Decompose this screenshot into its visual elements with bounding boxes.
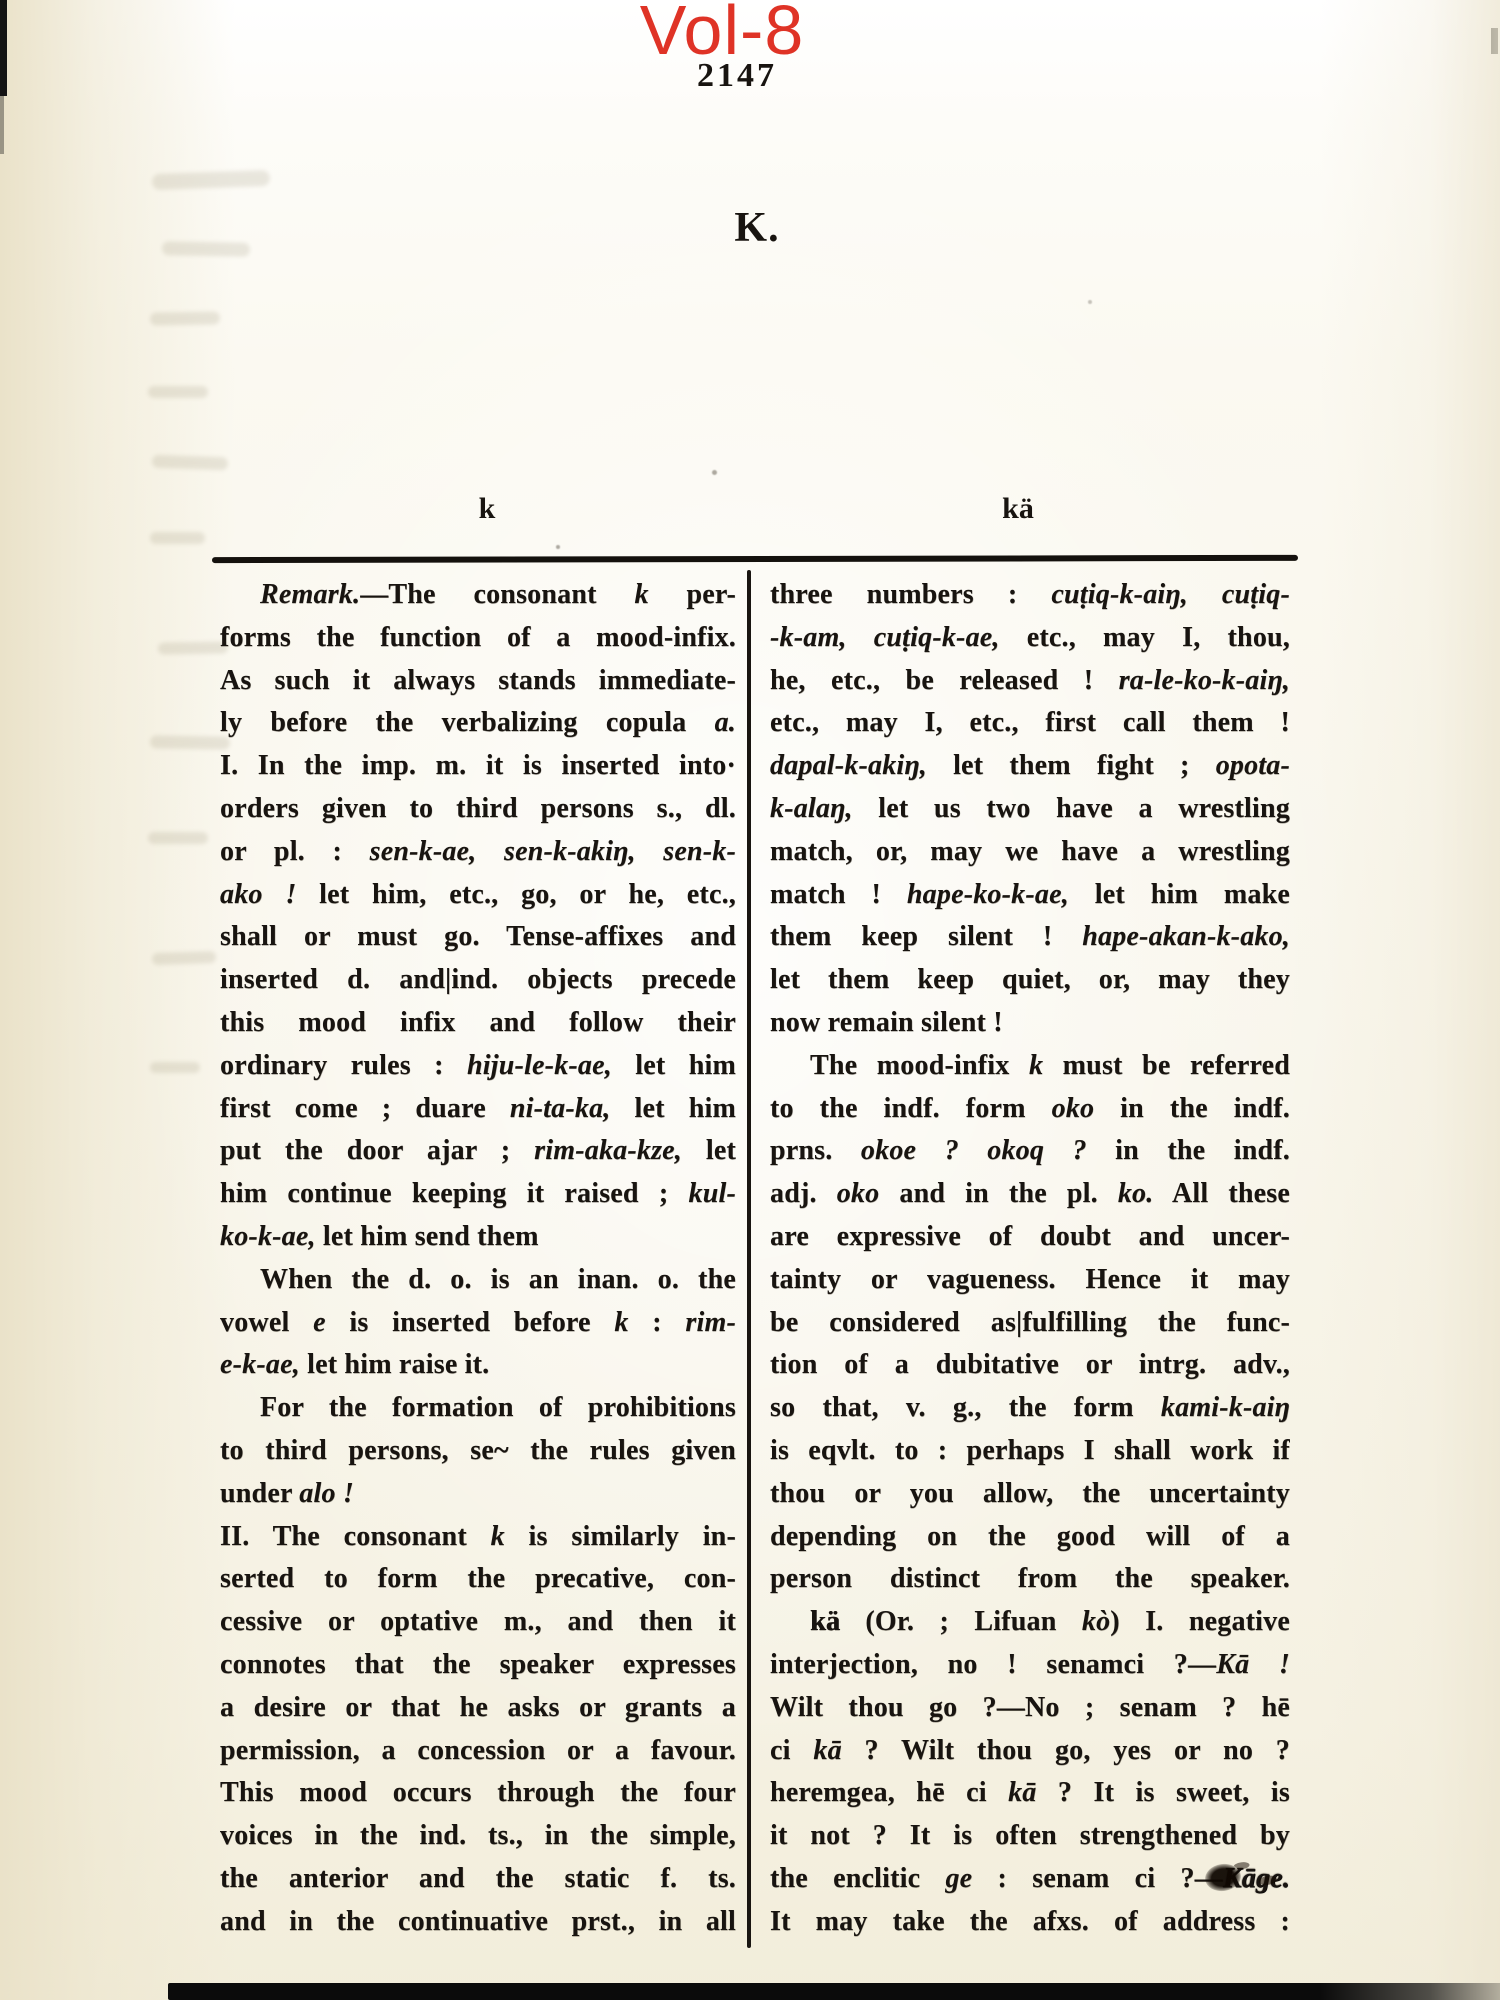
text-line: is eqvlt. to : perhaps I shall work if (770, 1430, 1290, 1473)
text-line: heremgea, hē ci kā ? It is sweet, is (770, 1772, 1290, 1815)
text-segment: When the d. o. is an inan. o. the (260, 1264, 736, 1295)
ink-speck (1088, 300, 1092, 304)
text-segment: ni-ta-ka, (510, 1093, 611, 1124)
text-segment: For the formation of prohibitions (260, 1392, 736, 1423)
text-segment: e-k-ae, (220, 1349, 300, 1380)
text-segment: in the indf. (1087, 1135, 1290, 1166)
text-segment: a. (715, 707, 736, 738)
text-segment: kami-k-aiŋ (1161, 1392, 1290, 1423)
text-segment: etc., may I, thou, (1000, 622, 1290, 653)
text-line: For the formation of prohibitions (220, 1387, 736, 1430)
text-line: interjection, no ! senamci ?—Kā ! (770, 1644, 1290, 1687)
text-line: When the d. o. is an inan. o. the (220, 1259, 736, 1302)
text-segment: them keep silent ! (770, 921, 1082, 952)
text-segment: ? Wilt thou go, yes or no ? (842, 1735, 1290, 1766)
text-line: the enclitic ge : senam ci ?—Kāge. (770, 1858, 1290, 1901)
text-line: them keep silent ! hape-akan-k-ako, (770, 916, 1290, 959)
text-segment: ordinary rules : (220, 1050, 467, 1081)
text-segment: put the door ajar ; (220, 1135, 534, 1166)
text-line: adj. oko and in the pl. ko. All these (770, 1173, 1290, 1216)
text-segment: this mood infix and follow their (220, 1007, 736, 1038)
text-segment: alo ! (299, 1478, 354, 1509)
text-segment: rim-aka-kze, (534, 1135, 682, 1166)
text-line: ci kā ? Wilt thou go, yes or no ? (770, 1730, 1290, 1773)
text-segment: it not ? It is often strengthened by (770, 1820, 1290, 1851)
header-rule (212, 555, 1298, 563)
text-segment: tion of a dubitative or intrg. adv., (770, 1349, 1290, 1380)
text-line: II. The consonant k is similarly in- (220, 1516, 736, 1559)
text-line: kä (Or. ; Lifuan kò) I. negative (770, 1601, 1290, 1644)
left-column-guide-word: k (479, 492, 496, 526)
text-segment: in the indf. (1094, 1093, 1290, 1124)
text-line: vowel e is inserted before k : rim- (220, 1302, 736, 1345)
text-line: are expressive of doubt and uncer- (770, 1216, 1290, 1259)
text-segment: oko (837, 1178, 880, 1209)
text-segment: (Or. ; Lifuan (840, 1606, 1082, 1637)
text-line: and in the continuative prst., in all (220, 1901, 736, 1944)
text-line: etc., may I, etc., first call them ! (770, 702, 1290, 745)
text-line: depending on the good will of a (770, 1516, 1290, 1559)
text-segment: The mood-infix (810, 1050, 1029, 1081)
text-segment: three numbers : (770, 579, 1051, 610)
text-segment: voices in the ind. ts., in the simple, (220, 1820, 736, 1851)
text-segment: let him, etc., go, or he, etc., (296, 879, 736, 910)
text-segment: or pl. : (220, 836, 370, 867)
text-line: match ! hape-ko-k-ae, let him make (770, 874, 1290, 917)
text-segment: are expressive of doubt and uncer- (770, 1221, 1290, 1252)
text-segment: permission, a concession or a favour. (220, 1735, 736, 1766)
page-number: 2147 (697, 57, 777, 95)
text-segment: ly before the verbalizing copula (220, 707, 715, 738)
text-segment: the anterior and the static f. ts. (220, 1863, 736, 1894)
text-segment: ) I. negative (1110, 1606, 1290, 1637)
text-line: ly before the verbalizing copula a. (220, 702, 736, 745)
text-segment: k (614, 1307, 628, 1338)
text-segment: kā (1008, 1777, 1036, 1808)
scanned-page: Vol-8 2147 K. k kä Remark.—The consonant… (0, 0, 1500, 2000)
text-segment: k (1029, 1050, 1043, 1081)
text-segment: let him (611, 1093, 736, 1124)
text-line: him continue keeping it raised ; kul- (220, 1173, 736, 1216)
bleed-through-artifact (150, 311, 220, 325)
bleed-through-artifact (152, 455, 228, 471)
text-segment: cessive or optative m., and then it (220, 1606, 736, 1637)
text-line: forms the function of a mood-infix. (220, 617, 736, 660)
column-divider-rule (747, 570, 751, 1948)
text-segment: oko (1052, 1093, 1095, 1124)
text-segment: Wilt thou go ?—No ; senam ? hē (770, 1692, 1290, 1723)
bleed-through-artifact (150, 532, 205, 544)
text-segment: a desire or that he asks or grants a (220, 1692, 736, 1723)
text-segment: serted to form the precative, con- (220, 1563, 736, 1594)
text-line: to third persons, se~ the rules given (220, 1430, 736, 1473)
text-segment: depending on the good will of a (770, 1521, 1290, 1552)
text-segment: I. In the imp. m. it is inserted into· (220, 750, 736, 781)
text-segment: person distinct from the speaker. (770, 1563, 1290, 1594)
text-segment: Remark. (260, 579, 360, 610)
text-segment: : (629, 1307, 686, 1338)
text-line: the anterior and the static f. ts. (220, 1858, 736, 1901)
text-segment: ko. (1118, 1178, 1154, 1209)
text-line: e-k-ae, let him raise it. (220, 1344, 736, 1387)
text-segment: ? It is sweet, is (1037, 1777, 1290, 1808)
text-line: three numbers : cuṭiq-k-aiŋ, cuṭiq- (770, 574, 1290, 617)
text-segment: prns. (770, 1135, 861, 1166)
text-segment: let us two have a wrestling (853, 793, 1290, 824)
right-column-guide-word: kä (1002, 492, 1034, 526)
text-line: he, etc., be released ! ra-le-ko-k-aiŋ, (770, 660, 1290, 703)
text-segment: k-alaŋ, (770, 793, 853, 824)
text-segment: let them keep quiet, or, may they (770, 964, 1290, 995)
text-segment: II. The consonant (220, 1521, 491, 1552)
text-line: voices in the ind. ts., in the simple, (220, 1815, 736, 1858)
text-segment: cuṭiq-k-aiŋ, cuṭiq- (1051, 579, 1290, 610)
bleed-through-artifact (152, 170, 270, 190)
bleed-through-artifact (148, 832, 208, 844)
text-line: prns. okoe ? okoq ? in the indf. (770, 1130, 1290, 1173)
text-line: shall or must go. Tense-affixes and (220, 916, 736, 959)
text-segment: let him make (1069, 879, 1290, 910)
right-column: three numbers : cuṭiq-k-aiŋ, cuṭiq--k-am… (770, 574, 1290, 1944)
text-segment: hape-ko-k-ae, (907, 879, 1069, 910)
text-segment: okoe ? okoq ? (861, 1135, 1087, 1166)
text-line: Remark.—The consonant k per- (220, 574, 736, 617)
text-segment: under (220, 1478, 299, 1509)
text-segment: Kā ! (1216, 1649, 1290, 1680)
scan-edge-right (1491, 28, 1498, 54)
text-line: it not ? It is often strengthened by (770, 1815, 1290, 1858)
text-line: I. In the imp. m. it is inserted into· (220, 745, 736, 788)
bleed-through-artifact (150, 735, 230, 749)
text-line: k-alaŋ, let us two have a wrestling (770, 788, 1290, 831)
text-segment: ge (945, 1863, 972, 1894)
entry-headword: kä (810, 1606, 840, 1637)
text-segment: All these (1153, 1178, 1290, 1209)
text-segment: This mood occurs through the four (220, 1777, 736, 1808)
text-segment: is eqvlt. to : perhaps I shall work if (770, 1435, 1290, 1466)
text-line: ako ! let him, etc., go, or he, etc., (220, 874, 736, 917)
text-line: orders given to third persons s., dl. (220, 788, 736, 831)
text-segment: ci (770, 1735, 813, 1766)
text-line: This mood occurs through the four (220, 1772, 736, 1815)
text-segment: let him (612, 1050, 736, 1081)
text-segment: orders given to third persons s., dl. (220, 793, 736, 824)
text-line: tainty or vagueness. Hence it may (770, 1259, 1290, 1302)
text-line: now remain silent ! (770, 1002, 1290, 1045)
bleed-through-artifact (152, 951, 216, 965)
bleed-through-artifact (158, 641, 228, 654)
left-column: Remark.—The consonant k per-forms the fu… (220, 574, 736, 1944)
text-segment: shall or must go. Tense-affixes and (220, 921, 736, 952)
text-segment: etc., may I, etc., first call them ! (770, 707, 1290, 738)
text-line: thou or you allow, the uncertainty (770, 1473, 1290, 1516)
text-segment: to third persons, se~ the rules given (220, 1435, 736, 1466)
text-segment: interjection, no ! senamci ?— (770, 1649, 1216, 1680)
scan-edge-left-faint (0, 96, 4, 154)
text-segment: let him send them (316, 1221, 539, 1252)
text-segment: the enclitic (770, 1863, 945, 1894)
text-segment: ra-le-ko-k-aiŋ, (1119, 665, 1290, 696)
text-segment: heremgea, hē ci (770, 1777, 1008, 1808)
text-segment: and in the pl. (879, 1178, 1118, 1209)
text-segment: to the indf. form (770, 1093, 1052, 1124)
text-segment: kā (813, 1735, 841, 1766)
text-segment: tainty or vagueness. Hence it may (770, 1264, 1290, 1295)
ink-speck (712, 470, 717, 475)
text-line: The mood-infix k must be referred (770, 1045, 1290, 1088)
text-line: connotes that the speaker expresses (220, 1644, 736, 1687)
text-segment: is inserted before (326, 1307, 615, 1338)
text-line: a desire or that he asks or grants a (220, 1687, 736, 1730)
text-segment: and in the continuative prst., in all (220, 1906, 736, 1937)
text-segment: k (491, 1521, 505, 1552)
text-segment: kò (1082, 1606, 1110, 1637)
text-line: be considered as|fulfilling the func- (770, 1302, 1290, 1345)
text-segment: : senam ci ?— (972, 1863, 1223, 1894)
text-segment: opota- (1216, 750, 1290, 781)
text-segment: Kāge. (1223, 1863, 1290, 1894)
text-segment: let him raise it. (300, 1349, 489, 1380)
text-segment: rim- (685, 1307, 736, 1338)
text-line: under alo ! (220, 1473, 736, 1516)
text-line: It may take the afxs. of address : (770, 1901, 1290, 1944)
bleed-through-artifact (150, 1062, 200, 1073)
text-segment: vowel (220, 1307, 313, 1338)
text-line: or pl. : sen-k-ae, sen-k-akiŋ, sen-k- (220, 831, 736, 874)
text-segment: e (313, 1307, 326, 1338)
text-segment: per- (649, 579, 736, 610)
text-segment: hiju-le-k-ae, (467, 1050, 612, 1081)
text-line: this mood infix and follow their (220, 1002, 736, 1045)
ink-speck (556, 545, 560, 549)
text-segment: he, etc., be released ! (770, 665, 1119, 696)
text-segment: first come ; duare (220, 1093, 510, 1124)
text-segment: now remain silent ! (770, 1007, 1003, 1038)
text-line: person distinct from the speaker. (770, 1558, 1290, 1601)
text-line: serted to form the precative, con- (220, 1558, 736, 1601)
text-segment: dapal-k-akiŋ, (770, 750, 927, 781)
text-segment: sen-k-ae, sen-k-akiŋ, sen-k- (370, 836, 736, 867)
text-segment: let (682, 1135, 736, 1166)
text-line: dapal-k-akiŋ, let them fight ; opota- (770, 745, 1290, 788)
text-line: As such it always stands immediate- (220, 660, 736, 703)
text-segment: let them fight ; (927, 750, 1216, 781)
text-segment: thou or you allow, the uncertainty (770, 1478, 1290, 1509)
text-segment: ko-k-ae, (220, 1221, 316, 1252)
text-line: put the door ajar ; rim-aka-kze, let (220, 1130, 736, 1173)
bleed-through-artifact (162, 241, 250, 257)
text-segment: match ! (770, 879, 907, 910)
text-line: so that, v. g., the form kami-k-aiŋ (770, 1387, 1290, 1430)
text-segment: so that, v. g., the form (770, 1392, 1161, 1423)
text-line: Wilt thou go ?—No ; senam ? hē (770, 1687, 1290, 1730)
text-segment: must be referred (1043, 1050, 1290, 1081)
text-segment: kul- (689, 1178, 736, 1209)
text-line: let them keep quiet, or, may they (770, 959, 1290, 1002)
text-line: to the indf. form oko in the indf. (770, 1088, 1290, 1131)
text-segment: be considered as|fulfilling the func- (770, 1307, 1290, 1338)
text-line: inserted d. and|ind. objects precede (220, 959, 736, 1002)
section-heading: K. (734, 204, 779, 252)
text-segment: connotes that the speaker expresses (220, 1649, 736, 1680)
text-segment: hape-akan-k-ako, (1082, 921, 1290, 952)
text-line: -k-am, cuṭiq-k-ae, etc., may I, thou, (770, 617, 1290, 660)
text-line: permission, a concession or a favour. (220, 1730, 736, 1773)
text-segment: him continue keeping it raised ; (220, 1178, 689, 1209)
text-segment: adj. (770, 1178, 837, 1209)
bleed-through-artifact (148, 386, 208, 398)
text-segment: -k-am, cuṭiq-k-ae, (770, 622, 1000, 653)
text-segment: ako ! (220, 879, 296, 910)
text-segment: forms the function of a mood-infix. (220, 622, 736, 653)
text-segment: inserted d. and|ind. objects precede (220, 964, 736, 995)
text-segment: k (634, 579, 648, 610)
text-line: ordinary rules : hiju-le-k-ae, let him (220, 1045, 736, 1088)
text-line: tion of a dubitative or intrg. adv., (770, 1344, 1290, 1387)
text-segment: As such it always stands immediate- (220, 665, 736, 696)
scan-edge-left (0, 0, 7, 96)
text-segment: match, or, may we have a wrestling (770, 836, 1290, 867)
text-line: match, or, may we have a wrestling (770, 831, 1290, 874)
text-line: ko-k-ae, let him send them (220, 1216, 736, 1259)
text-segment: —The consonant (360, 579, 634, 610)
text-segment: It may take the afxs. of address : (770, 1906, 1290, 1937)
text-line: cessive or optative m., and then it (220, 1601, 736, 1644)
scan-edge-bottom (168, 1983, 1500, 2000)
text-line: first come ; duare ni-ta-ka, let him (220, 1088, 736, 1131)
text-segment: is similarly in- (505, 1521, 736, 1552)
